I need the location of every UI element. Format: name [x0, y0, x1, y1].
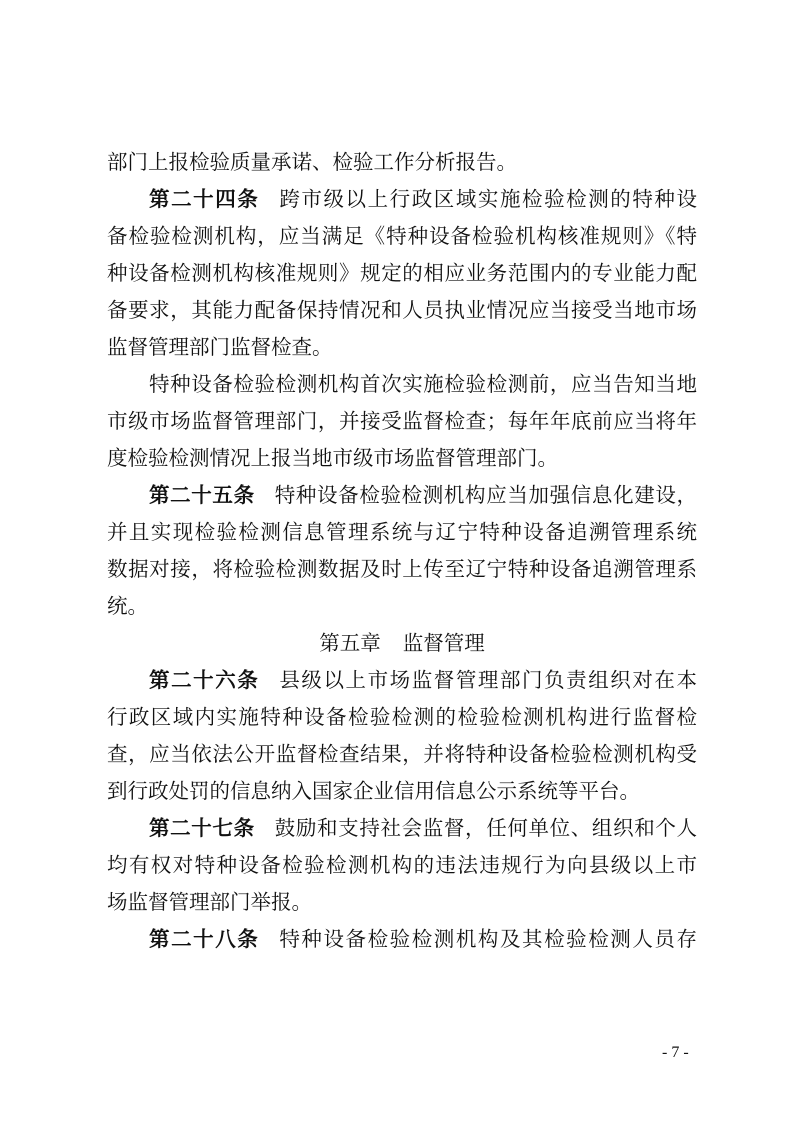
text-line: 度检验检测情况上报当地市级市场监督管理部门。 [107, 440, 697, 477]
paragraph-line: 特种设备检验检测机构首次实施检验检测前，应当告知当地 [107, 366, 697, 403]
text-line: 均有权对特种设备检验检测机构的违法违规行为向县级以上市 [107, 847, 697, 884]
text-line: 市级市场监督管理部门，并接受监督检查；每年年底前应当将年 [107, 403, 697, 440]
article-text: 县级以上市场监督管理部门负责组织对在本 [279, 668, 697, 692]
text-line: 并且实现检验检测信息管理系统与辽宁特种设备追溯管理系统 [107, 514, 697, 551]
article-text: 跨市级以上行政区域实施检验检测的特种设 [279, 187, 697, 211]
text-line: 监督管理部门监督检查。 [107, 329, 697, 366]
article-26-line: 第二十六条县级以上市场监督管理部门负责组织对在本 [107, 662, 697, 699]
article-text: 特种设备检验检测机构及其检验检测人员存 [279, 927, 697, 951]
article-text: 特种设备检验检测机构应当加强信息化建设， [275, 483, 697, 507]
text-line: 备要求，其能力配备保持情况和人员执业情况应当接受当地市场 [107, 292, 697, 329]
article-28-line: 第二十八条特种设备检验检测机构及其检验检测人员存 [107, 921, 697, 958]
article-label: 第二十四条 [149, 187, 259, 211]
text-line: 备检验检测机构，应当满足《特种设备检验机构核准规则》《特 [107, 218, 697, 255]
article-text: 鼓励和支持社会监督，任何单位、组织和个人 [275, 816, 697, 840]
chapter-heading: 第五章监督管理 [107, 625, 697, 662]
article-label: 第二十八条 [149, 927, 259, 951]
text-line: 部门上报检验质量承诺、检验工作分析报告。 [107, 144, 697, 181]
text-line: 行政区域内实施特种设备检验检测的检验检测机构进行监督检 [107, 699, 697, 736]
text-line: 数据对接，将检验检测数据及时上传至辽宁特种设备追溯管理系 [107, 551, 697, 588]
chapter-number: 第五章 [319, 631, 381, 655]
text-line: 场监督管理部门举报。 [107, 884, 697, 921]
text-line: 统。 [107, 588, 697, 625]
text-line: 查，应当依法公开监督检查结果，并将特种设备检验检测机构受 [107, 736, 697, 773]
chapter-title: 监督管理 [403, 631, 485, 655]
text-line: 到行政处罚的信息纳入国家企业信用信息公示系统等平台。 [107, 773, 697, 810]
article-label: 第二十六条 [149, 668, 259, 692]
article-27-line: 第二十七条鼓励和支持社会监督，任何单位、组织和个人 [107, 810, 697, 847]
article-label: 第二十五条 [149, 483, 255, 507]
article-label: 第二十七条 [149, 816, 255, 840]
article-24-line: 第二十四条跨市级以上行政区域实施检验检测的特种设 [107, 181, 697, 218]
article-25-line: 第二十五条特种设备检验检测机构应当加强信息化建设， [107, 477, 697, 514]
text-line: 种设备检测机构核准规则》规定的相应业务范围内的专业能力配 [107, 255, 697, 292]
document-page: 部门上报检验质量承诺、检验工作分析报告。 第二十四条跨市级以上行政区域实施检验检… [107, 144, 697, 958]
page-number: - 7 - [662, 1044, 689, 1062]
